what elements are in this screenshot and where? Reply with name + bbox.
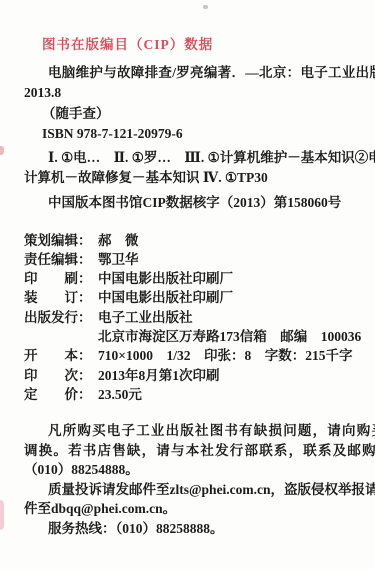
colophon-value: 中国电影出版社印刷厂 bbox=[98, 290, 233, 305]
colophon-row-impression: 印 次：2013年8月第1次印刷 bbox=[24, 366, 365, 385]
colophon-label: 责任编辑： bbox=[24, 250, 94, 269]
series-block: （随手查） ISBN 978-7-121-20979-6 bbox=[24, 104, 365, 143]
colophon-value: 郝 微 bbox=[98, 233, 139, 248]
colophon-label: 印 刷： bbox=[24, 269, 94, 288]
colophon-value: 710×1000 1/32 印张：8 字数：215千字 bbox=[98, 348, 352, 363]
notice-complaint-line-1: 质量投诉请发邮件至zlts@phei.com.cn，盗版侵权举报请发邮 bbox=[24, 480, 365, 500]
colophon-value: 电子工业出版社 bbox=[98, 310, 193, 325]
colophon-row-format: 开 本：710×1000 1/32 印张：8 字数：215千字 bbox=[24, 346, 365, 365]
colophon-label: 定 价： bbox=[24, 385, 94, 404]
colophon-value: 中国电影出版社印刷厂 bbox=[98, 271, 233, 286]
cip-record-number-block: 中国版本图书馆CIP数据核字（2013）第158060号 bbox=[24, 193, 365, 213]
colophon-row-binding: 装 订：中国电影出版社印刷厂 bbox=[24, 288, 365, 307]
colophon-value: 23.50元 bbox=[98, 387, 142, 402]
isbn: ISBN 978-7-121-20979-6 bbox=[24, 124, 365, 144]
cip-heading: 图书在版编目（CIP）数据 bbox=[42, 36, 365, 54]
colophon-row-printing: 印 刷：中国电影出版社印刷厂 bbox=[24, 269, 365, 288]
notice-defect-line-2: 调换。若书店售缺，请与本社发行部联系，联系及邮购电话： bbox=[24, 441, 365, 461]
colophon-value: 2013年8月第1次印刷 bbox=[98, 368, 220, 383]
colophon-row-price: 定 价：23.50元 bbox=[24, 385, 365, 404]
colophon-row-responsible-editor: 责任编辑：鄂卫华 bbox=[24, 250, 365, 269]
classification-block: Ⅰ. ①电… Ⅱ. ①罗… Ⅲ. ①计算机维护－基本知识②电子 计算机－故障修复… bbox=[24, 148, 365, 187]
colophon-row-address: 北京市海淀区万寿路173信箱 邮编 100036 bbox=[24, 327, 365, 346]
notice-complaint-line-2: 件至dbqq@phei.com.cn。 bbox=[24, 499, 365, 519]
colophon-label: 出版发行： bbox=[24, 308, 94, 327]
colophon-label: 开 本： bbox=[24, 346, 94, 365]
colophon-label: 装 订： bbox=[24, 288, 94, 307]
colophon-label: 策划编辑： bbox=[24, 231, 94, 250]
cip-record-number: 中国版本图书馆CIP数据核字（2013）第158060号 bbox=[24, 193, 365, 213]
cip-record-line-1: 电脑维护与故障排查/罗亮编著．—北京：电子工业出版社， bbox=[24, 63, 365, 83]
series-title: （随手查） bbox=[24, 104, 365, 124]
classification-line-2: 计算机－故障修复－基本知识 Ⅳ. ①TP30 bbox=[24, 168, 365, 188]
colophon-row-publisher: 出版发行：电子工业出版社 bbox=[24, 308, 365, 327]
colophon-label: 印 次： bbox=[24, 366, 94, 385]
service-hotline: 服务热线：（010）88258888。 bbox=[24, 519, 365, 539]
colophon: 策划编辑：郝 微 责任编辑：鄂卫华 印 刷：中国电影出版社印刷厂 装 订：中国电… bbox=[24, 231, 365, 405]
colophon-value: 鄂卫华 bbox=[98, 252, 139, 267]
reader-notices: 凡所购买电子工业出版社图书有缺损问题，请向购买书店 调换。若书店售缺，请与本社发… bbox=[24, 421, 365, 538]
cip-record: 电脑维护与故障排查/罗亮编著．—北京：电子工业出版社， 2013.8 bbox=[24, 63, 365, 102]
copyright-page: 图书在版编目（CIP）数据 电脑维护与故障排查/罗亮编著．—北京：电子工业出版社… bbox=[0, 0, 375, 569]
notice-defect-line-1: 凡所购买电子工业出版社图书有缺损问题，请向购买书店 bbox=[24, 421, 365, 441]
colophon-row-planning-editor: 策划编辑：郝 微 bbox=[24, 231, 365, 250]
classification-line-1: Ⅰ. ①电… Ⅱ. ①罗… Ⅲ. ①计算机维护－基本知识②电子 bbox=[24, 148, 365, 168]
publisher-address: 北京市海淀区万寿路173信箱 邮编 100036 bbox=[98, 329, 361, 344]
notice-defect-phone: （010）88254888。 bbox=[24, 460, 365, 480]
cip-record-line-2: 2013.8 bbox=[24, 83, 365, 103]
